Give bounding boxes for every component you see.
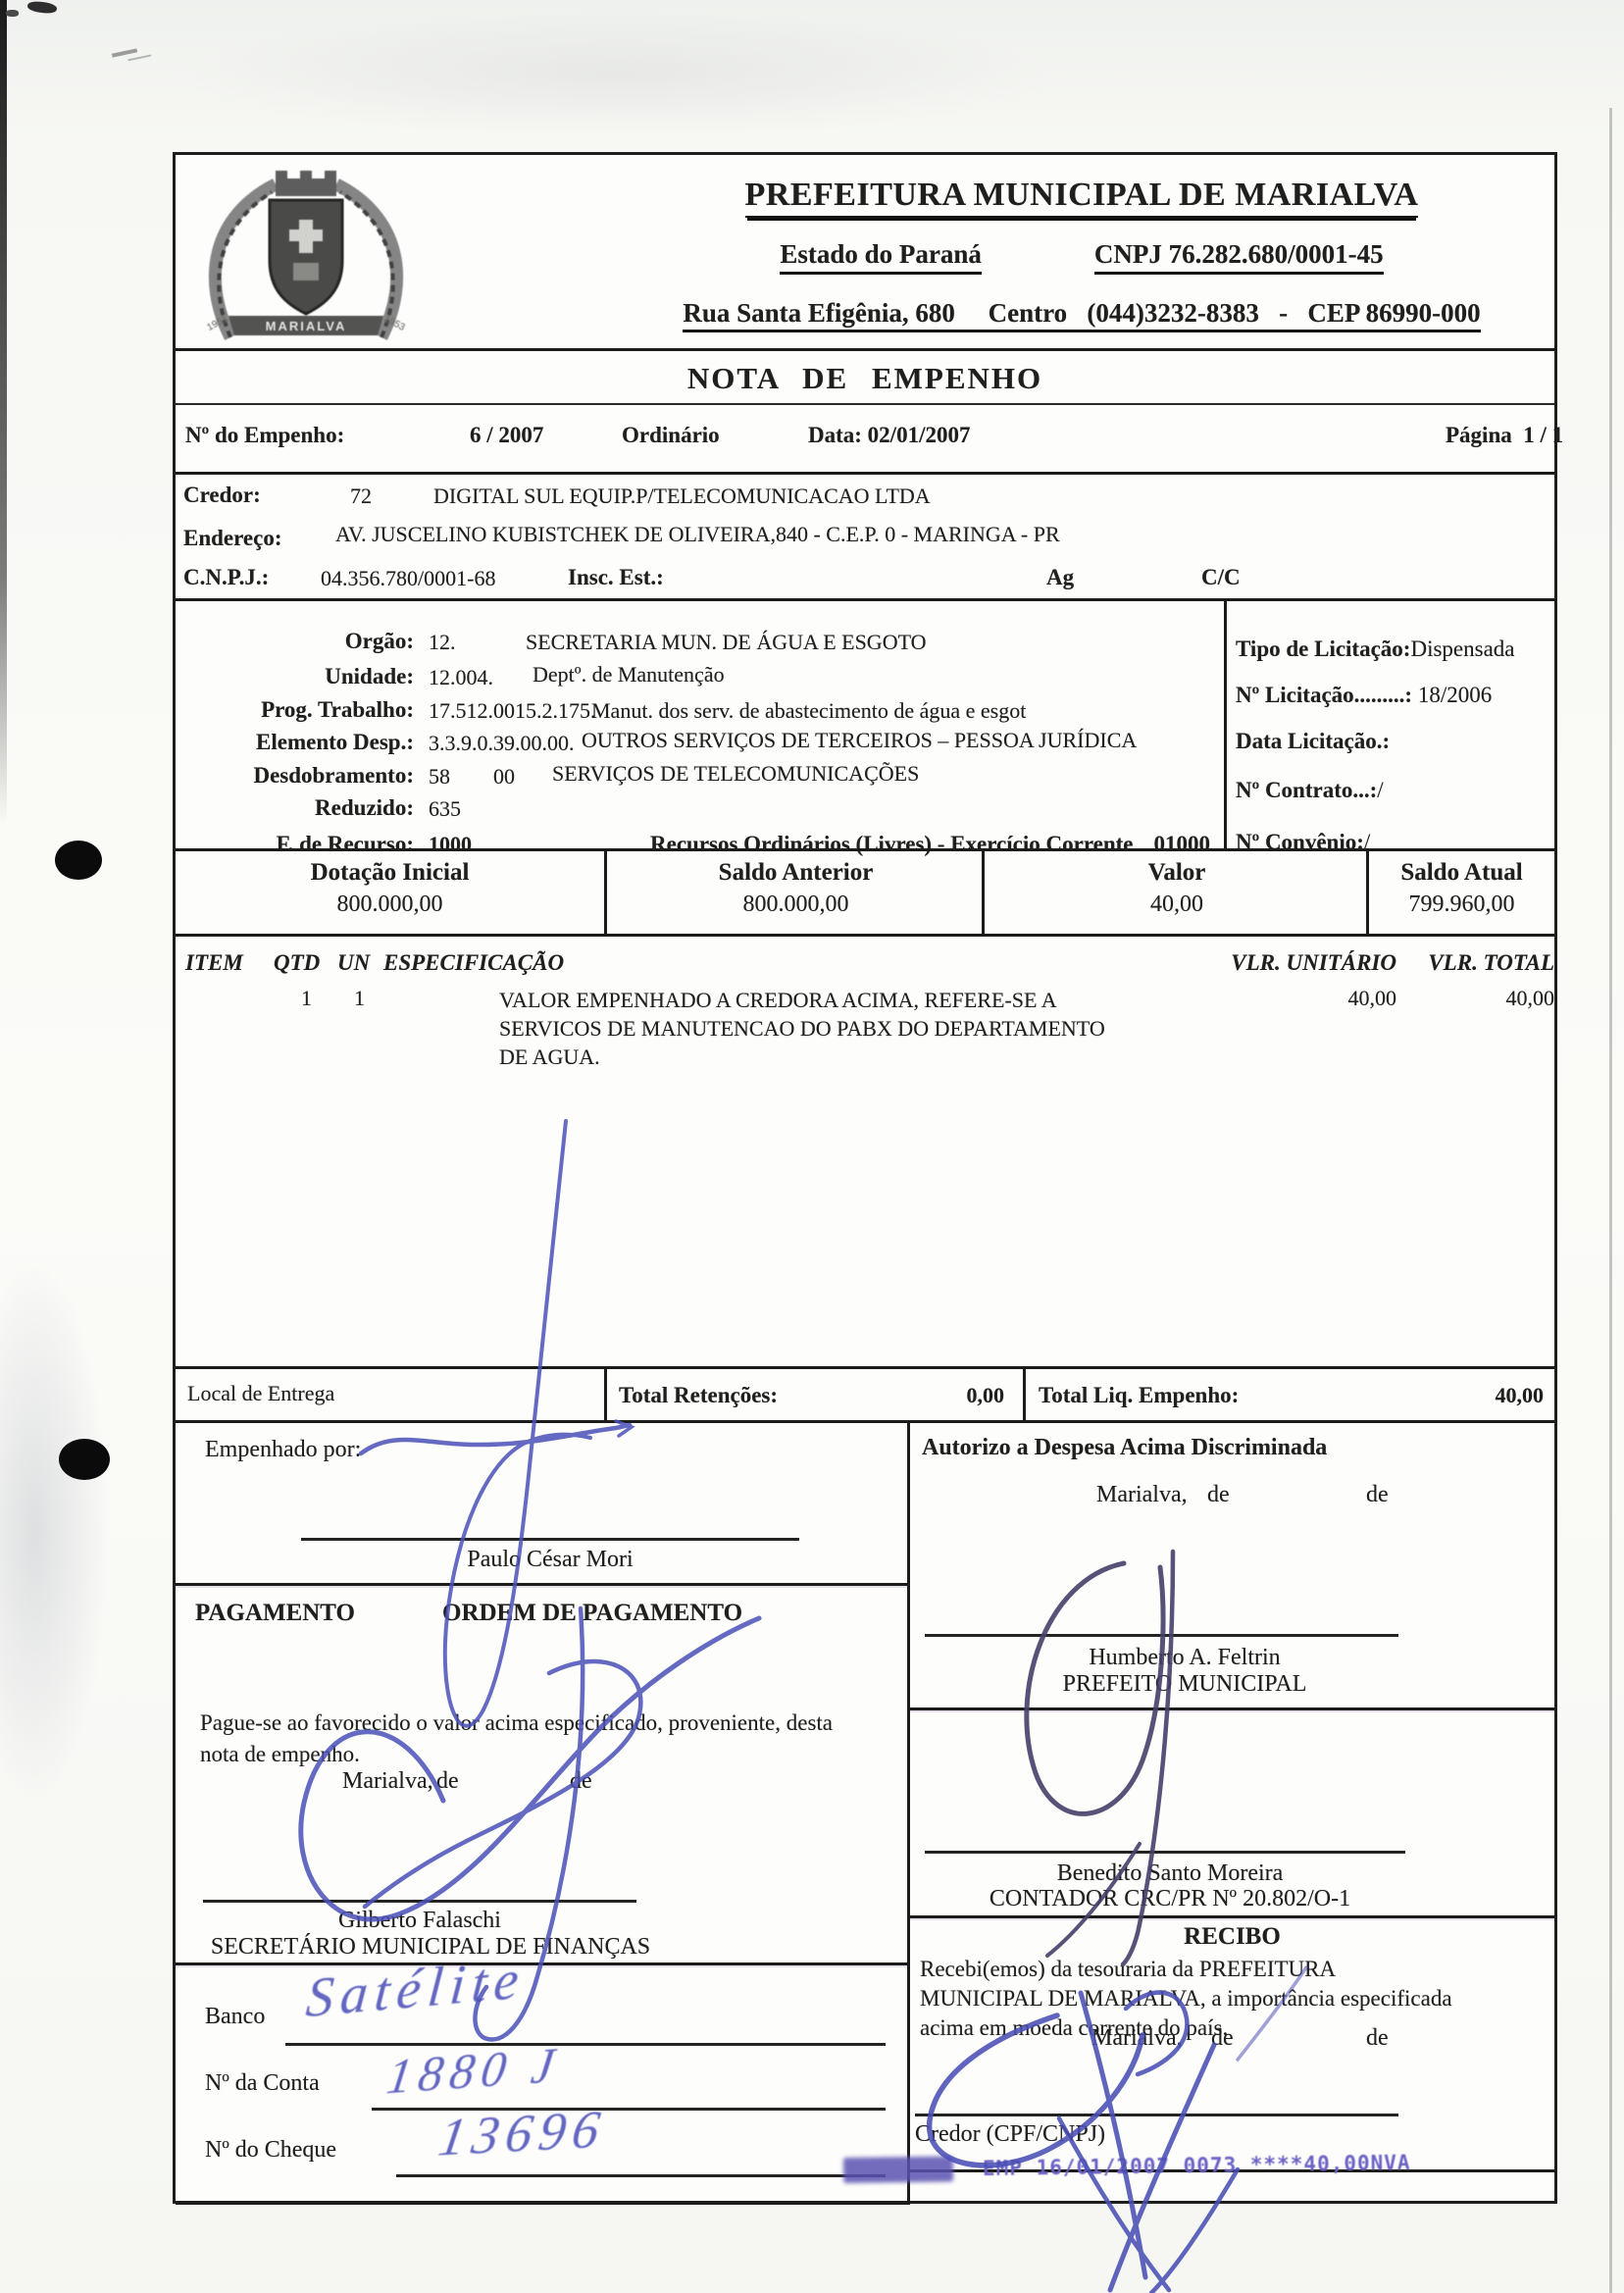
orgao-label: Orgão: <box>176 629 414 654</box>
insc-est-label: Insc. Est.: <box>568 565 664 590</box>
un-header: UN <box>337 950 370 976</box>
spec-header: ESPECIFICAÇÃO <box>383 950 564 976</box>
empenho-date: Data: 02/01/2007 <box>808 423 970 448</box>
credor-code: 72 <box>350 484 372 509</box>
elemento-desp-code: 3.3.9.0.39.00.00. <box>429 731 575 756</box>
num-licitacao-value: 18/2006 <box>1412 683 1492 707</box>
licitacao-row-tipo: Tipo de Licitação:Dispensada <box>1236 637 1515 662</box>
autorizo-title: Autorizo a Despesa Acima Discriminada <box>922 1435 1327 1461</box>
scan-corner-mark <box>26 0 57 15</box>
form-header: MARIALVA 1951 1953 PREFEITURA MUNICIPAL … <box>176 155 1554 348</box>
cheque-line <box>396 2174 886 2177</box>
handwritten-cheque: 13696 <box>434 2098 611 2168</box>
licitacao-divider <box>1224 601 1227 848</box>
tipo-licitacao-label: Tipo de Licitação: <box>1236 637 1410 661</box>
prog-trabalho-label: Prog. Trabalho: <box>176 697 414 723</box>
items-block: ITEM QTD UN ESPECIFICAÇÃO VLR. UNITÁRIO … <box>176 937 1554 1366</box>
secretario-name: Gilberto Falaschi <box>203 1908 636 1934</box>
elemento-desp-label: Elemento Desp.: <box>176 730 414 755</box>
item-header: ITEM <box>185 950 243 976</box>
prefeito-divider <box>910 1707 1554 1710</box>
signature-line-empenhado <box>301 1538 799 1541</box>
org-name: PREFEITURA MUNICIPAL DE MARIALVA <box>745 177 1419 218</box>
saldo-anterior-value: 800.000,00 <box>607 892 985 918</box>
totals-col-valor: Valor 40,00 <box>982 851 1369 934</box>
valor-header: Valor <box>985 859 1369 887</box>
item-number: 1 <box>301 986 312 1011</box>
empenhado-por-label: Empenhado por: <box>205 1437 361 1463</box>
delivery-row: Local de Entrega Total Retenções: 0,00 T… <box>176 1366 1554 1423</box>
unidade-label: Unidade: <box>176 664 414 689</box>
pague-se-text: Pague-se ao favorecido o valor acima esp… <box>200 1707 833 1770</box>
cnpj-header: CNPJ 76.282.680/0001-45 <box>1094 239 1384 275</box>
num-licitacao-label: Nº Licitação.........: <box>1236 683 1412 707</box>
creditor-block: Credor: 72 DIGITAL SUL EQUIP.P/TELECOMUN… <box>176 472 1554 598</box>
total-retencoes-value: 0,00 <box>862 1383 1004 1408</box>
dotacao-header: Dotação Inicial <box>176 859 604 887</box>
empenho-number-label: Nº do Empenho: <box>185 423 344 448</box>
recibo-de-1: de <box>1211 2025 1234 2052</box>
banco-label: Banco <box>205 2004 265 2030</box>
cnpj-value: 04.356.780/0001-68 <box>321 566 495 591</box>
endereco-label: Endereço: <box>183 526 282 551</box>
valor-value: 40,00 <box>985 892 1369 918</box>
cc-label: C/C <box>1201 565 1241 590</box>
licitacao-row-numero: Nº Licitação.........: 18/2006 <box>1236 683 1492 708</box>
authorize-de-2: de <box>1366 1482 1389 1508</box>
total-retencoes-label: Total Retenções: <box>619 1383 778 1408</box>
prog-trabalho-desc: Manut. dos serv. de abastecimento de águ… <box>591 698 1026 724</box>
address-line: Rua Santa Efigênia, 680 Centro (044)3232… <box>683 298 1480 332</box>
conta-label: Nº da Conta <box>205 2070 320 2097</box>
totals-strip: Dotação Inicial 800.000,00 Saldo Anterio… <box>176 848 1554 937</box>
stamp-smudge <box>843 2156 953 2183</box>
banco-line <box>285 2043 886 2046</box>
payment-city: Marialva, <box>342 1768 433 1795</box>
delivery-divider-2 <box>1023 1369 1026 1420</box>
unidade-desc: Deptº. de Manutenção <box>533 662 725 688</box>
local-entrega-label: Local de Entrega <box>187 1381 334 1406</box>
payment-de-1: de <box>436 1768 459 1795</box>
contador-name: Benedito Santo Moreira <box>910 1860 1430 1887</box>
licitacao-row-contrato: Nº Contrato...:/ <box>1236 778 1384 803</box>
licitacao-row-data: Data Licitação.: <box>1236 729 1390 754</box>
paper-edge-right <box>1609 108 1612 2293</box>
delivery-divider-1 <box>604 1369 607 1420</box>
totals-col-dotacao: Dotação Inicial 800.000,00 <box>176 851 604 934</box>
pagamento-label: PAGAMENTO <box>195 1600 355 1627</box>
saldo-atual-value: 799.960,00 <box>1369 892 1554 918</box>
doc-title: NOTA DE EMPENHO <box>687 361 1042 395</box>
elemento-desp-desc: OUTROS SERVIÇOS DE TERCEIROS – PESSOA JU… <box>582 728 1137 753</box>
pagamento-divider <box>176 1583 907 1586</box>
signer-name: Paulo César Mori <box>301 1547 799 1573</box>
credor-line-label: Credor (CPF/CNPJ) <box>915 2121 1105 2148</box>
coat-of-arms-logo: MARIALVA 1951 1953 <box>189 169 423 347</box>
num-contrato-value: / <box>1377 778 1383 802</box>
item-vlr-total: 40,00 <box>1421 986 1554 1011</box>
endereco-value: AV. JUSCELINO KUBISTCHEK DE OLIVEIRA,840… <box>335 522 1060 547</box>
state-label: Estado do Paraná <box>780 239 982 275</box>
signature-line-prefeito <box>925 1634 1398 1637</box>
authorize-city: Marialva, <box>1096 1482 1188 1508</box>
qtd-header: QTD <box>274 950 320 976</box>
ag-label: Ag <box>1046 565 1074 590</box>
reduzido-code: 635 <box>429 796 461 822</box>
pencil-mark <box>112 48 137 57</box>
data-licitacao-label: Data Licitação.: <box>1236 729 1390 753</box>
saldo-atual-header: Saldo Atual <box>1369 859 1554 887</box>
nota-de-empenho-form: MARIALVA 1951 1953 PREFEITURA MUNICIPAL … <box>173 152 1557 2204</box>
authorize-de-1: de <box>1207 1482 1230 1508</box>
orgao-code: 12. <box>429 630 456 655</box>
cnpj-label: C.N.P.J.: <box>183 565 269 590</box>
signature-section: Empenhado por: Paulo César Mori PAGAMENT… <box>176 1423 1554 2207</box>
banco-divider <box>176 1962 907 1965</box>
totals-col-saldo-atual: Saldo Atual 799.960,00 <box>1366 851 1554 934</box>
prefeito-title: PREFEITO MUNICIPAL <box>925 1671 1445 1698</box>
unidade-code: 12.004. <box>429 665 493 690</box>
contador-title: CONTADOR CRC/PR Nº 20.802/O-1 <box>910 1886 1430 1912</box>
punch-hole-top <box>55 841 102 880</box>
scan-smudge-left <box>0 1255 108 1805</box>
recibo-city: Marialva, <box>1091 2025 1183 2052</box>
stamp-text: EMP 16/01/2007 0073 ****40,00NVA <box>983 2151 1411 2180</box>
prefeito-name: Humberto A. Feltrin <box>925 1645 1445 1671</box>
reduzido-label: Reduzido: <box>176 795 414 821</box>
prog-trabalho-code: 17.512.0015.2.175. <box>429 698 596 724</box>
saldo-anterior-header: Saldo Anterior <box>607 859 985 887</box>
scan-smudge-top <box>177 10 1059 137</box>
num-contrato-label: Nº Contrato...: <box>1236 778 1377 802</box>
item-qtd: 1 <box>354 986 365 1011</box>
desdobramento-label: Desdobramento: <box>176 763 414 789</box>
item-spec: VALOR EMPENHADO A CREDORA ACIMA, REFERE-… <box>499 986 1107 1071</box>
empenho-row: Nº do Empenho: 6 / 2007 Ordinário Data: … <box>176 403 1554 472</box>
budget-block: Orgão: 12. SECRETARIA MUN. DE ÁGUA E ESG… <box>176 598 1554 848</box>
totals-col-saldo-anterior: Saldo Anterior 800.000,00 <box>604 851 985 934</box>
total-liq-label: Total Liq. Empenho: <box>1039 1383 1239 1408</box>
doc-title-bar: NOTA DE EMPENHO <box>176 348 1554 403</box>
desdobramento-code: 58 00 <box>429 764 515 790</box>
logo-banner-text: MARIALVA <box>266 319 347 333</box>
credor-signature-line <box>915 2114 1398 2116</box>
recibo-title: RECIBO <box>910 1923 1554 1951</box>
authorize-column: Autorizo a Despesa Acima Discriminada Ma… <box>910 1423 1554 2172</box>
orgao-desc: SECRETARIA MUN. DE ÁGUA E ESGOTO <box>526 630 927 655</box>
vlr-unitario-header: VLR. UNITÁRIO <box>1195 950 1396 976</box>
ordem-pagamento-label: ORDEM DE PAGAMENTO <box>442 1600 742 1627</box>
credor-label: Credor: <box>183 483 261 508</box>
signature-line-secretario <box>203 1900 636 1903</box>
recibo-divider <box>910 1915 1554 1918</box>
credor-name: DIGITAL SUL EQUIP.P/TELECOMUNICACAO LTDA <box>433 484 931 509</box>
empenho-kind: Ordinário <box>622 423 720 448</box>
scan-corner-mark-2 <box>6 10 19 17</box>
empenho-page: Página 1 / 1 <box>1446 423 1563 448</box>
signature-line-contador <box>925 1851 1405 1854</box>
dotacao-value: 800.000,00 <box>176 892 604 918</box>
tipo-licitacao-value: Dispensada <box>1410 637 1514 661</box>
desdobramento-desc: SERVIÇOS DE TELECOMUNICAÇÕES <box>552 761 919 787</box>
cheque-label: Nº do Cheque <box>205 2137 336 2164</box>
vlr-total-header: VLR. TOTAL <box>1421 950 1554 976</box>
recibo-de-2: de <box>1366 2025 1389 2052</box>
payment-de-2: de <box>570 1768 592 1795</box>
scan-edge-left <box>0 0 7 824</box>
empenho-number: 6 / 2007 <box>470 423 543 448</box>
item-vlr-unitario: 40,00 <box>1195 986 1396 1011</box>
total-liq-value: 40,00 <box>1382 1383 1544 1408</box>
